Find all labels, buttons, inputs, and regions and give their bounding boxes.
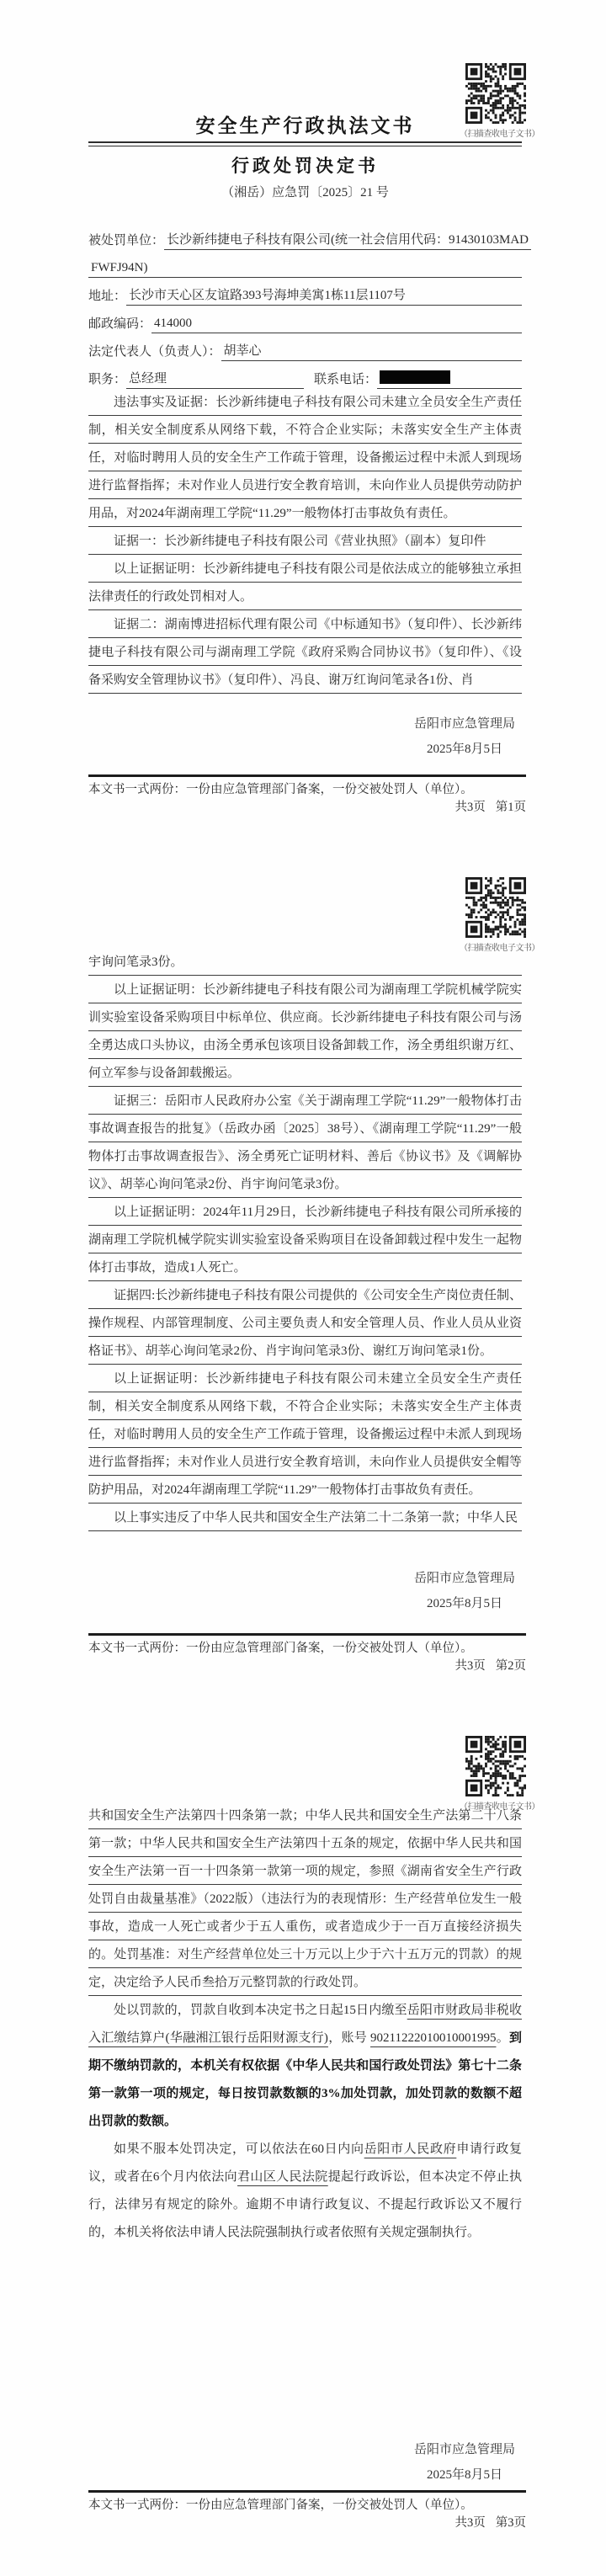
evidence2-proof: 以上证据证明：长沙新纬捷电子科技有限公司为湖南理工学院机械学院实训实验室设备采购… xyxy=(88,977,522,1088)
page-indicator: 共3页第1页 xyxy=(88,799,526,817)
phone-label: 联系电话： xyxy=(314,370,377,389)
facts-paragraph: 违法事实及证据：长沙新纬捷电子科技有限公司未建立全员安全生产责任制，相关安全制度… xyxy=(88,389,522,528)
address-value: 长沙市天心区友谊路393号海坤美寓1栋11层1107号 xyxy=(126,285,522,306)
footer-divider xyxy=(88,2490,526,2493)
legal-representative-value: 胡莘心 xyxy=(221,341,522,361)
evidence1-line: 证据一：长沙新纬捷电子科技有限公司《营业执照》（副本）复印件 xyxy=(88,528,522,556)
field-zipcode: 邮政编码： 414000 xyxy=(88,306,522,333)
doc-number: （湘岳）应急罚〔2025〕21 号 xyxy=(88,184,522,202)
payment-account-number: 90211222010010001995 xyxy=(370,2031,496,2045)
issue-date: 2025年8月5日 xyxy=(372,1591,557,1616)
page-footer: 本文书一式两份：一份由应急管理部门备案，一份交被处罚人（单位）。 共3页第3页 xyxy=(88,2490,526,2532)
field-penalized-unit: 被处罚单位： 长沙新纬捷电子科技有限公司(统一社会信用代码：91430103MA… xyxy=(88,222,522,250)
continuation-line: 宇询问笔录3份。 xyxy=(88,949,522,977)
appeal-paragraph: 如果不服本处罚决定，可以依法在60日内向岳阳市人民政府申请行政复议，或者在6个月… xyxy=(88,2136,522,2247)
field-legal-representative: 法定代表人（负责人）： 胡莘心 xyxy=(88,333,522,361)
phone-redaction-box xyxy=(380,370,450,384)
evidence2-paragraph: 证据二：湖南博进招标代理有限公司《中标通知书》（复印件）、长沙新纬捷电子科技有限… xyxy=(88,611,522,695)
page-footer: 本文书一式两份：一份由应急管理部门备案，一份交被处罚人（单位）。 共3页第2页 xyxy=(88,1633,526,1675)
payment-text-3: 。 xyxy=(496,2031,509,2045)
zipcode-value: 414000 xyxy=(151,317,522,333)
double-rule xyxy=(88,141,522,146)
payment-text-2: ，账号 xyxy=(328,2031,370,2045)
page-indicator: 共3页第2页 xyxy=(88,1658,526,1675)
evidence1-proof: 以上证据证明：长沙新纬捷电子科技有限公司是依法成立的能够独立承担法律责任的行政处… xyxy=(88,556,522,611)
field-penalized-unit-cont: FWFJ94N) xyxy=(88,250,522,278)
total-pages-label: 共3页 xyxy=(455,801,486,814)
footer-divider xyxy=(88,1633,526,1636)
footer-divider xyxy=(88,774,526,777)
appeal-court-name: 君山区人民法院 xyxy=(237,2170,328,2184)
evidence4-proof: 以上证据证明：长沙新纬捷电子科技有限公司未建立全员安全生产责任制，相关安全制度系… xyxy=(88,1365,522,1504)
header-title: 安全生产行政执法文书 xyxy=(88,114,522,139)
field-address: 地址： 长沙市天心区友谊路393号海坤美寓1栋11层1107号 xyxy=(88,278,522,306)
issue-date: 2025年8月5日 xyxy=(372,737,557,762)
total-pages-label: 共3页 xyxy=(455,2516,486,2530)
signature-block: 岳阳市应急管理局 2025年8月5日 xyxy=(372,1566,557,1616)
duty-label: 职务： xyxy=(88,370,126,389)
page-1: （扫描查收电子文书） 安全生产行政执法文书 行政处罚决定书 （湘岳）应急罚〔20… xyxy=(0,0,606,842)
decision-paragraph: 共和国安全生产法第四十四条第一款；中华人民共和国安全生产法第二十八条第一款；中华… xyxy=(88,1802,522,1997)
phone-value xyxy=(377,370,522,389)
overdue-penalty-clause: 到期不缴纳罚款的，本机关有权依据《中华人民共和国行政处罚法》第七十二条第一款第一… xyxy=(88,2031,522,2128)
penalized-unit-value-line2: FWFJ94N) xyxy=(88,261,522,278)
payment-text-1: 处以罚款的，罚款自收到本决定书之日起15日内缴至 xyxy=(114,2004,407,2017)
issue-date: 2025年8月5日 xyxy=(372,2462,557,2488)
penalized-unit-label: 被处罚单位： xyxy=(88,231,164,250)
page-number-label: 第3页 xyxy=(496,2516,526,2530)
issuer-name: 岳阳市应急管理局 xyxy=(372,2437,557,2462)
page-3: （扫描查收电子文书） 共和国安全生产法第四十四条第一款；中华人民共和国安全生产法… xyxy=(0,1700,606,2576)
signature-block: 岳阳市应急管理局 2025年8月5日 xyxy=(372,2437,557,2488)
issuer-name: 岳阳市应急管理局 xyxy=(372,1566,557,1591)
field-duty-phone: 职务： 总经理 联系电话： xyxy=(88,361,522,389)
page-2: （扫描查收电子文书） 宇询问笔录3份。 以上证据证明：长沙新纬捷电子科技有限公司… xyxy=(0,842,606,1700)
total-pages-label: 共3页 xyxy=(455,1659,486,1673)
violation-line: 以上事实违反了中华人民共和国安全生产法第二十二条第一款；中华人民 xyxy=(88,1504,522,1532)
evidence4-paragraph: 证据四:长沙新纬捷电子科技有限公司提供的《公司安全生产岗位责任制、操作规程、内部… xyxy=(88,1282,522,1365)
fields-block: 被处罚单位： 长沙新纬捷电子科技有限公司(统一社会信用代码：91430103MA… xyxy=(88,222,522,389)
doc-title: 行政处罚决定书 xyxy=(88,154,522,178)
footer-note: 本文书一式两份：一份由应急管理部门备案，一份交被处罚人（单位）。 xyxy=(88,2497,526,2515)
page-indicator: 共3页第3页 xyxy=(88,2515,526,2532)
signature-block: 岳阳市应急管理局 2025年8月5日 xyxy=(372,711,557,762)
page-number-label: 第2页 xyxy=(496,1659,526,1673)
appeal-review-authority: 岳阳市人民政府 xyxy=(364,2142,457,2156)
page-number-label: 第1页 xyxy=(496,801,526,814)
footer-note: 本文书一式两份：一份由应急管理部门备案，一份交被处罚人（单位）。 xyxy=(88,781,526,799)
zipcode-label: 邮政编码： xyxy=(88,314,151,333)
evidence3-paragraph: 证据三：岳阳市人民政府办公室《关于湖南理工学院“11.29”一般物体打击事故调查… xyxy=(88,1088,522,1199)
issuer-name: 岳阳市应急管理局 xyxy=(372,711,557,737)
footer-note: 本文书一式两份：一份由应急管理部门备案，一份交被处罚人（单位）。 xyxy=(88,1640,526,1658)
duty-value: 总经理 xyxy=(126,369,304,389)
page-footer: 本文书一式两份：一份由应急管理部门备案，一份交被处罚人（单位）。 共3页第1页 xyxy=(88,774,526,817)
appeal-text-1: 如果不服本处罚决定，可以依法在60日内向 xyxy=(114,2142,364,2156)
address-label: 地址： xyxy=(88,286,126,306)
legal-representative-label: 法定代表人（负责人）： xyxy=(88,342,221,361)
payment-paragraph: 处以罚款的，罚款自收到本决定书之日起15日内缴至岳阳市财政局非税收入汇缴结算户(… xyxy=(88,1997,522,2136)
evidence3-proof: 以上证据证明：2024年11月29日，长沙新纬捷电子科技有限公司所承接的湖南理工… xyxy=(88,1199,522,1282)
penalized-unit-value-line1: 长沙新纬捷电子科技有限公司(统一社会信用代码：91430103MAD xyxy=(164,230,531,250)
